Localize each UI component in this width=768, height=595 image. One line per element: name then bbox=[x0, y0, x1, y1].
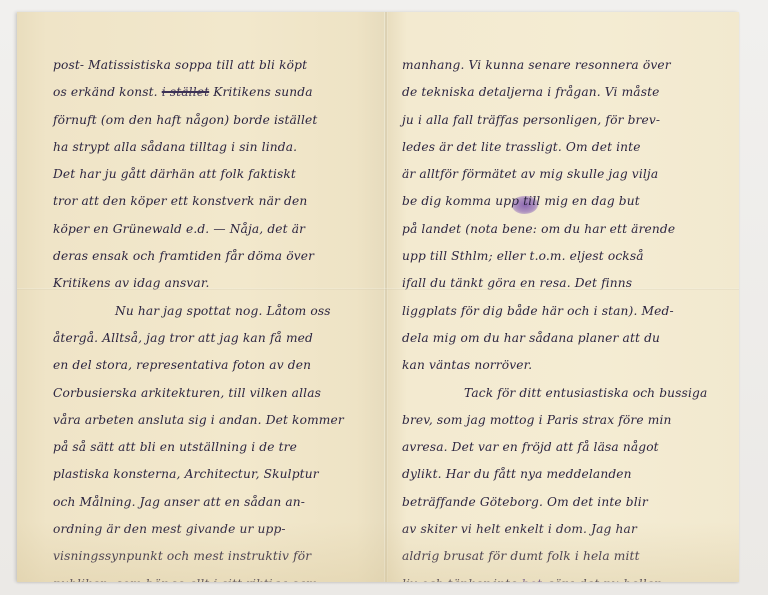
handwritten-line: Corbusierska arkitekturen, till vilken a… bbox=[53, 380, 383, 407]
handwritten-line: be dig komma upp till mig en dag but bbox=[402, 188, 732, 215]
handwritten-line: de tekniska detaljerna i frågan. Vi måst… bbox=[402, 79, 732, 106]
handwritten-line: Det har ju gått därhän att folk faktiskt bbox=[53, 161, 383, 188]
handwritten-text: göra det nu heller bbox=[546, 577, 660, 582]
handwritten-line: liv och tänker inte bot göra det nu hell… bbox=[402, 571, 732, 582]
left-page: post- Matissistiska soppa till att bli k… bbox=[17, 12, 386, 582]
struck-out-word: i stället bbox=[162, 85, 209, 99]
handwritten-line: förnuft (om den haft någon) borde iställ… bbox=[53, 107, 383, 134]
letter-sheet: post- Matissistiska soppa till att bli k… bbox=[17, 12, 739, 582]
handwritten-line: av skiter vi helt enkelt i dom. Jag har bbox=[402, 516, 732, 543]
handwritten-line: avresa. Det var en fröjd att få läsa någ… bbox=[402, 434, 732, 461]
handwritten-line: kan väntas norröver. bbox=[402, 352, 732, 379]
handwritten-line: Kritikens av idag ansvar. bbox=[53, 270, 383, 297]
handwritten-line: köper en Grünewald e.d. — Nåja, det är bbox=[53, 216, 383, 243]
handwritten-line: och Målning. Jag anser att en sådan an- bbox=[53, 489, 383, 516]
handwritten-line: ifall du tänkt göra en resa. Det finns bbox=[402, 270, 732, 297]
handwritten-line: på landet (nota bene: om du har ett ären… bbox=[402, 216, 732, 243]
paragraph-start-line: Nu har jag spottat nog. Låtom oss bbox=[53, 298, 383, 325]
handwritten-line: manhang. Vi kunna senare resonnera över bbox=[402, 52, 732, 79]
center-fold bbox=[384, 12, 388, 582]
handwritten-line: ha strypt alla sådana tilltag i sin lind… bbox=[53, 134, 383, 161]
handwritten-line: liggplats för dig både här och i stan). … bbox=[402, 298, 732, 325]
handwritten-line: återgå. Alltså, jag tror att jag kan få … bbox=[53, 325, 383, 352]
handwritten-line: är alltför förmätet av mig skulle jag vi… bbox=[402, 161, 732, 188]
handwritten-line: upp till Sthlm; eller t.o.m. eljest ocks… bbox=[402, 243, 732, 270]
handwritten-text: Kritikens sunda bbox=[213, 85, 312, 99]
handwritten-line: våra arbeten ansluta sig i andan. Det ko… bbox=[53, 407, 383, 434]
handwritten-text: os erkänd konst. bbox=[53, 85, 158, 99]
handwritten-line: dylikt. Har du fått nya meddelanden bbox=[402, 461, 732, 488]
handwritten-line: deras ensak och framtiden får döma över bbox=[53, 243, 383, 270]
handwritten-line: en del stora, representativa foton av de… bbox=[53, 352, 383, 379]
horizontal-fold bbox=[17, 288, 739, 290]
right-page: manhang. Vi kunna senare resonnera över … bbox=[386, 12, 739, 582]
handwritten-line: ordning är den mest givande ur upp- bbox=[53, 516, 383, 543]
handwritten-line: aldrig brusat för dumt folk i hela mitt bbox=[402, 543, 732, 570]
handwritten-line: plastiska konsterna, Architectur, Skulpt… bbox=[53, 461, 383, 488]
handwritten-line: tror att den köper ett konstverk när den bbox=[53, 188, 383, 215]
handwritten-line: dela mig om du har sådana planer att du bbox=[402, 325, 732, 352]
handwritten-line: på så sätt att bli en utställning i de t… bbox=[53, 434, 383, 461]
handwritten-line: beträffande Göteborg. Om det inte blir bbox=[402, 489, 732, 516]
handwritten-line: publiken, som bör se allt i sitt riktiga… bbox=[53, 571, 383, 582]
right-page-text: manhang. Vi kunna senare resonnera över … bbox=[402, 52, 732, 582]
handwritten-line: post- Matissistiska soppa till att bli k… bbox=[53, 52, 383, 79]
handwritten-text: liv och tänker inte bbox=[402, 577, 517, 582]
struck-out-word: bot bbox=[522, 577, 543, 582]
handwritten-line: brev, som jag mottog i Paris strax före … bbox=[402, 407, 732, 434]
handwritten-line: os erkänd konst. i stället Kritikens sun… bbox=[53, 79, 383, 106]
handwritten-line: ledes är det lite trassligt. Om det inte bbox=[402, 134, 732, 161]
left-page-text: post- Matissistiska soppa till att bli k… bbox=[53, 52, 383, 582]
handwritten-line: visningssynpunkt och mest instruktiv för bbox=[53, 543, 383, 570]
handwritten-line: ju i alla fall träffas personligen, för … bbox=[402, 107, 732, 134]
paragraph-start-line: Tack för ditt entusiastiska och bussiga bbox=[402, 380, 732, 407]
